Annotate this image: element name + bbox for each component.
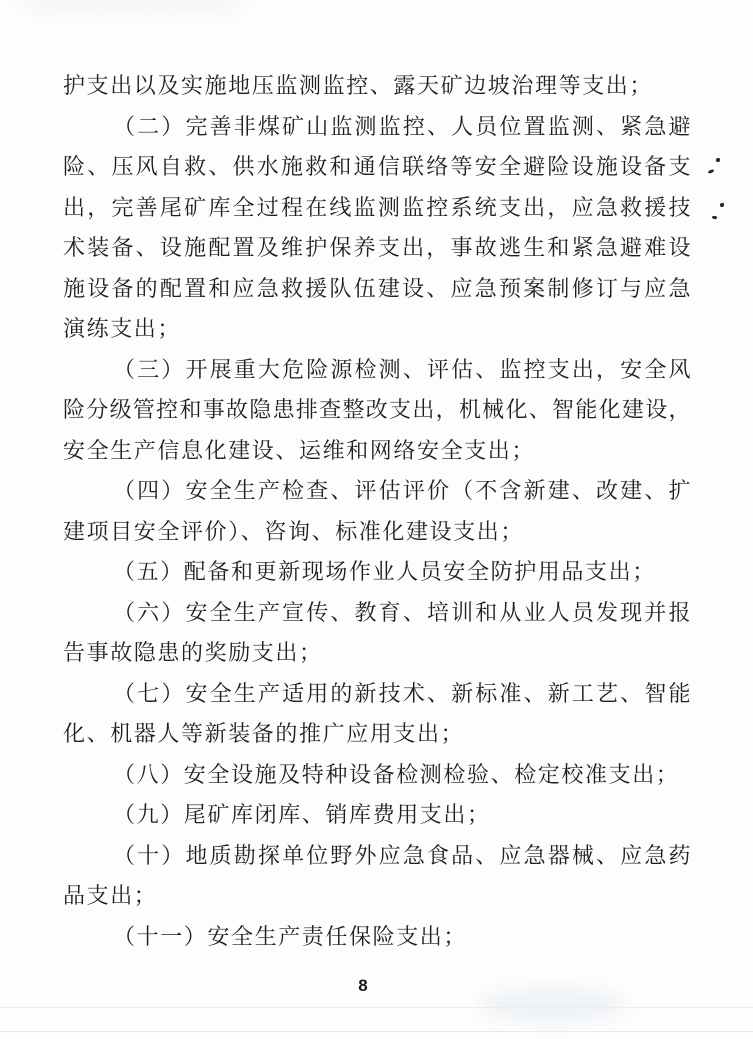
doc-line: 险分级管控和事故隐患排查整改支出，机械化、智能化建设， <box>63 390 691 431</box>
doc-line: （六）安全生产宣传、教育、培训和从业人员发现并报 <box>63 593 691 634</box>
doc-line: （九）尾矿库闭库、销库费用支出； <box>63 795 691 836</box>
doc-line: 化、机器人等新装备的推广应用支出； <box>63 714 691 755</box>
scan-smudge-top-left <box>18 0 248 14</box>
doc-line: 护支出以及实施地压监测监控、露天矿边坡治理等支出； <box>63 66 691 107</box>
doc-line: 告事故隐患的奖励支出； <box>63 633 691 674</box>
doc-line: （八）安全设施及特种设备检测检验、检定校准支出； <box>63 755 691 796</box>
ink-speckle <box>708 169 715 174</box>
doc-line: 施设备的配置和应急救援队伍建设、应急预案制修订与应急 <box>63 269 691 310</box>
doc-line: 险、压风自救、供水施救和通信联络等安全避险设施设备支 <box>63 147 691 188</box>
doc-line: （二）完善非煤矿山监测监控、人员位置监测、紧急避 <box>63 107 691 148</box>
doc-line: （七）安全生产适用的新技术、新标准、新工艺、智能 <box>63 674 691 715</box>
ink-speckle <box>716 158 720 162</box>
doc-line: （十一）安全生产责任保险支出； <box>63 917 691 958</box>
doc-line: （五）配备和更新现场作业人员安全防护用品支出； <box>63 552 691 593</box>
page-number: 8 <box>0 976 726 996</box>
scan-line-artifact <box>0 1007 753 1008</box>
doc-line: 术装备、设施配置及维护保养支出，事故逃生和紧急避难设 <box>63 228 691 269</box>
scan-line-artifact <box>0 1031 753 1032</box>
doc-line: 出，完善尾矿库全过程在线监测监控系统支出，应急救援技 <box>63 188 691 229</box>
doc-line: （四）安全生产检查、评估评价（不含新建、改建、扩 <box>63 471 691 512</box>
doc-line: 演练支出； <box>63 309 691 350</box>
doc-line: 安全生产信息化建设、运维和网络安全支出； <box>63 431 691 472</box>
doc-line: （十）地质勘探单位野外应急食品、应急器械、应急药 <box>63 836 691 877</box>
ink-speckle <box>720 203 724 207</box>
doc-line: 品支出； <box>63 876 691 917</box>
doc-line: （三）开展重大危险源检测、评估、监控支出，安全风 <box>63 350 691 391</box>
scanned-document-page: { "colors": { "paper": "#fdfdfd", "ink":… <box>0 0 753 1039</box>
ink-speckle <box>712 215 718 219</box>
doc-line: 建项目安全评价）、咨询、标准化建设支出； <box>63 512 691 553</box>
document-text: 护支出以及实施地压监测监控、露天矿边坡治理等支出； （二）完善非煤矿山监测监控、… <box>63 66 691 957</box>
